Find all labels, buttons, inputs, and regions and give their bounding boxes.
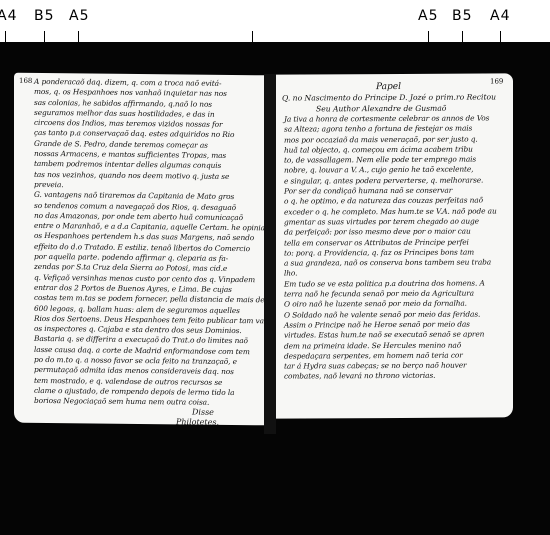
text-line: boriosa Negociaçaõ sem huma nem outra co… [34, 396, 264, 409]
ruler-tick [428, 31, 429, 42]
text-line: virtudes. Estas hum.te naõ se executaõ s… [284, 330, 497, 341]
ruler-tick [5, 31, 6, 42]
text-line: da perfeiçaõ: por isso mesmo deve por o … [284, 227, 497, 238]
closing-word: Disse [192, 408, 214, 417]
paper-size-ruler: A4 B5 A5 A5 B5 A4 [0, 0, 550, 42]
right-page-number: 169 [490, 77, 503, 85]
ruler-label-a5-right: A5 [418, 8, 438, 24]
ruler-label-a4-left: A4 [0, 8, 17, 24]
document-author: Seu Author Alexandre de Gusmaõ [316, 104, 446, 114]
signature: Philotetes. [176, 417, 219, 425]
text-line: o q. he optimo, e da natureza das couzas… [284, 196, 497, 207]
ruler-tick [500, 31, 501, 42]
text-line: O oiro naõ he luzente senaõ por meio da … [284, 299, 497, 310]
document-title: Papel [376, 82, 401, 92]
book-gutter [264, 74, 276, 434]
text-line: tar á Hydra suas cabeças; se no berço na… [284, 361, 497, 372]
left-page-number: 168 [19, 77, 32, 85]
ruler-label-b5-left: B5 [34, 8, 55, 24]
left-page-text: A ponderacaõ daq. dizem, q. com a troca … [34, 77, 264, 409]
text-line: sa Alteza; agora tenho a fortuna de fest… [284, 124, 497, 135]
text-line: e singular, q. antes podera perverterse,… [284, 175, 497, 186]
document-subtitle: Q. no Nascimento do Principe D. Jozé o p… [282, 92, 496, 102]
ruler-tick [462, 31, 463, 42]
ruler-tick [44, 31, 45, 42]
text-line: combates, naõ levará no throno victorias… [284, 371, 497, 382]
text-line: a sua grandeza, naõ os conserva bons tam… [284, 258, 497, 269]
right-manuscript-page: 169 Papel Q. no Nascimento do Principe D… [276, 73, 513, 418]
left-manuscript-page: 168 A ponderacaõ daq. dizem, q. com a tr… [14, 73, 264, 426]
ruler-label-a5-left: A5 [69, 8, 89, 24]
right-page-text: Ja tiva a honra de cortesmente celebrar … [284, 113, 497, 382]
ruler-label-a4-right: A4 [490, 8, 510, 24]
ruler-tick-center [252, 31, 253, 42]
ruler-label-b5-right: B5 [452, 8, 473, 24]
ruler-tick [78, 31, 79, 42]
